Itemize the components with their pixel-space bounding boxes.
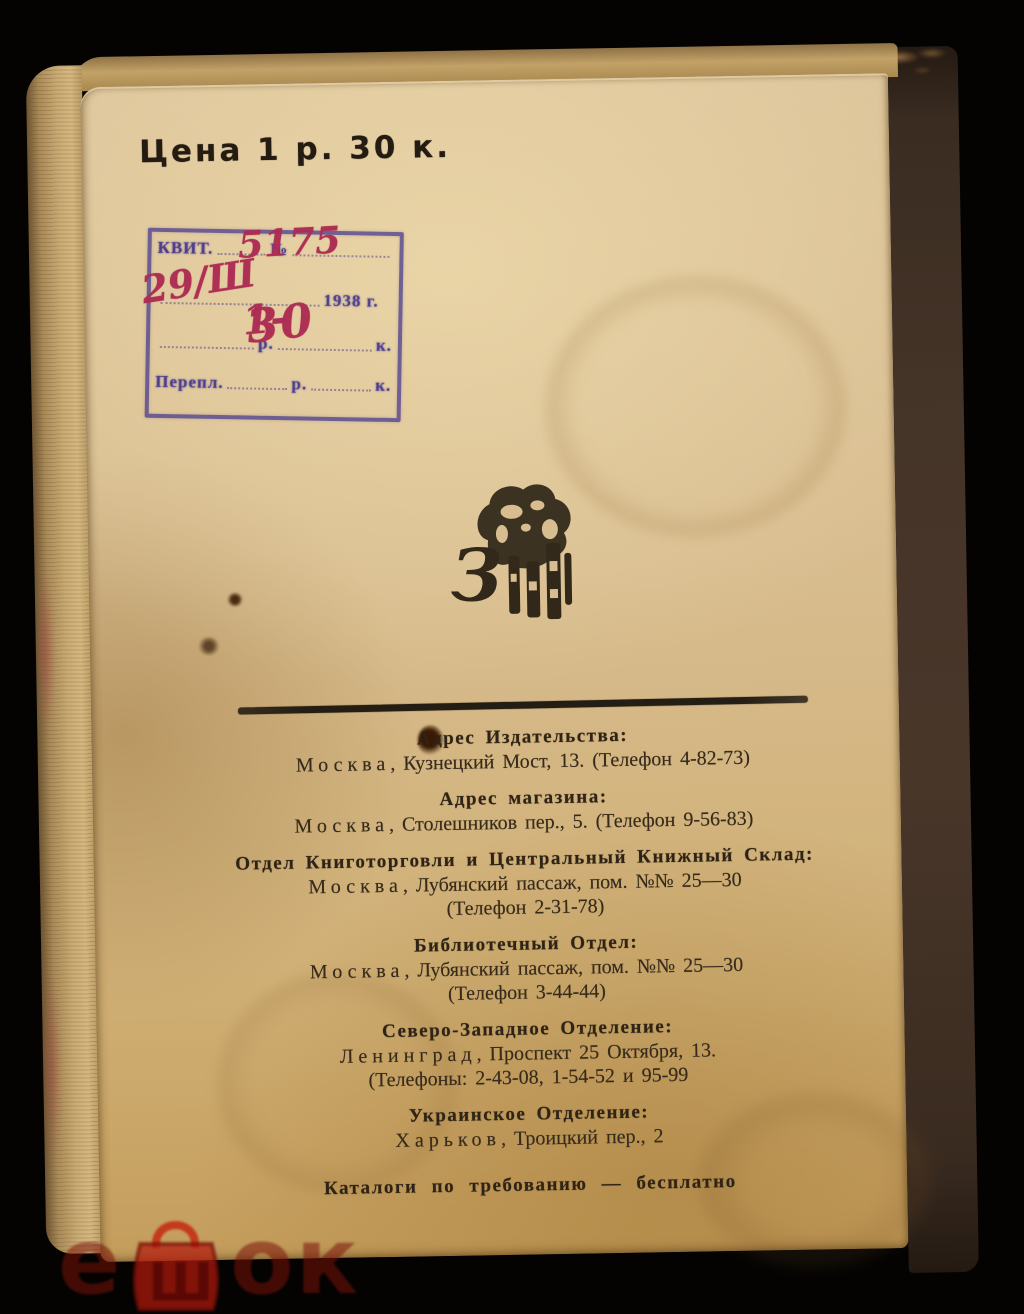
stamp-year: 1938 г. (323, 291, 379, 312)
shopping-bag-icon: Ш (128, 1211, 224, 1313)
red-ink-smear (36, 566, 55, 736)
logo-letter: З (450, 532, 503, 618)
stamp-kop2-label: к. (375, 376, 391, 396)
library-stamp: КВИТ. № 1938 г. р. к. Перепл. р. (145, 228, 404, 422)
watermark-prefix: е (58, 1208, 122, 1314)
dotted-leader (311, 388, 371, 392)
address-section: Адрес Издательства:Москва, Кузнецкий Мос… (192, 720, 853, 780)
auction-site-watermark: е Ш ок (58, 1208, 360, 1314)
dotted-leader (160, 345, 254, 350)
address-line-text: , Проспект 25 Октября, 13. (476, 1039, 716, 1065)
stamp-kop-label: к. (376, 336, 392, 356)
bag-letter: Ш (149, 1252, 216, 1313)
address-line-text: , Столешников пер., 5. (Телефон 9-56-83) (389, 808, 754, 836)
address-section: Украинское Отделение:Харьков, Троицкий п… (199, 1097, 860, 1157)
zif-publisher-logo-icon: З (449, 476, 592, 633)
city-name: Москва (296, 753, 391, 777)
address-line-text: (Телефоны: 2-43-08, 1-54-52 и 95-99 (368, 1064, 688, 1092)
address-line-text: , Лубянский пассаж, пом. №№ 25—30 (404, 954, 743, 982)
publisher-addresses: Адрес Издательства:Москва, Кузнецкий Мос… (192, 720, 860, 1202)
stamp-rebind-label: Перепл. (155, 372, 224, 393)
back-cover: Цена 1 р. 30 к. КВИТ. № 1938 г. р. к. Пе… (80, 73, 908, 1262)
address-section: Отдел Книготорговли и Центральный Книжны… (194, 842, 855, 926)
address-line-text: , Лубянский пассаж, пом. №№ 25—30 (403, 869, 742, 897)
divider-rule (238, 696, 808, 715)
address-section: Северо-Западное Отделение:Ленинград, Про… (197, 1012, 858, 1096)
address-line-text: (Телефон 2-31-78) (446, 895, 604, 920)
address-section: Адрес магазина:Москва, Столешников пер.,… (193, 781, 854, 841)
city-name: Ленинград (340, 1044, 477, 1068)
city-name: Москва (294, 814, 389, 838)
watermark-suffix: ок (230, 1208, 360, 1314)
photo-of-book-back-cover: { "photo": { "price": "Цена 1 р. 30 к.",… (0, 0, 1024, 1314)
ink-stain (198, 637, 220, 655)
address-section: Библиотечный Отдел:Москва, Лубянский пас… (196, 927, 857, 1011)
book: Цена 1 р. 30 к. КВИТ. № 1938 г. р. к. Пе… (26, 42, 979, 1263)
stamp-receipt-label: КВИТ. (157, 238, 213, 259)
red-ink-smear (41, 966, 62, 1166)
city-name: Москва (310, 960, 405, 984)
price-text: Цена 1 р. 30 к. (139, 129, 451, 170)
city-name: Харьков (395, 1128, 501, 1152)
dotted-leader (227, 386, 287, 390)
stamp-rub2-label: р. (291, 374, 307, 394)
stamp-row-rebinding: Перепл. р. к. (155, 372, 391, 396)
city-name: Москва (308, 875, 403, 899)
handwritten-amount: 30 (243, 292, 317, 354)
ink-stain (227, 593, 243, 607)
address-line-text: , Кузнецкий Мост, 13. (Телефон 4-82-73) (390, 747, 750, 775)
address-line-text: (Телефон 3-44-44) (448, 980, 606, 1005)
address-line-text: , Троицкий пер., 2 (501, 1125, 664, 1150)
